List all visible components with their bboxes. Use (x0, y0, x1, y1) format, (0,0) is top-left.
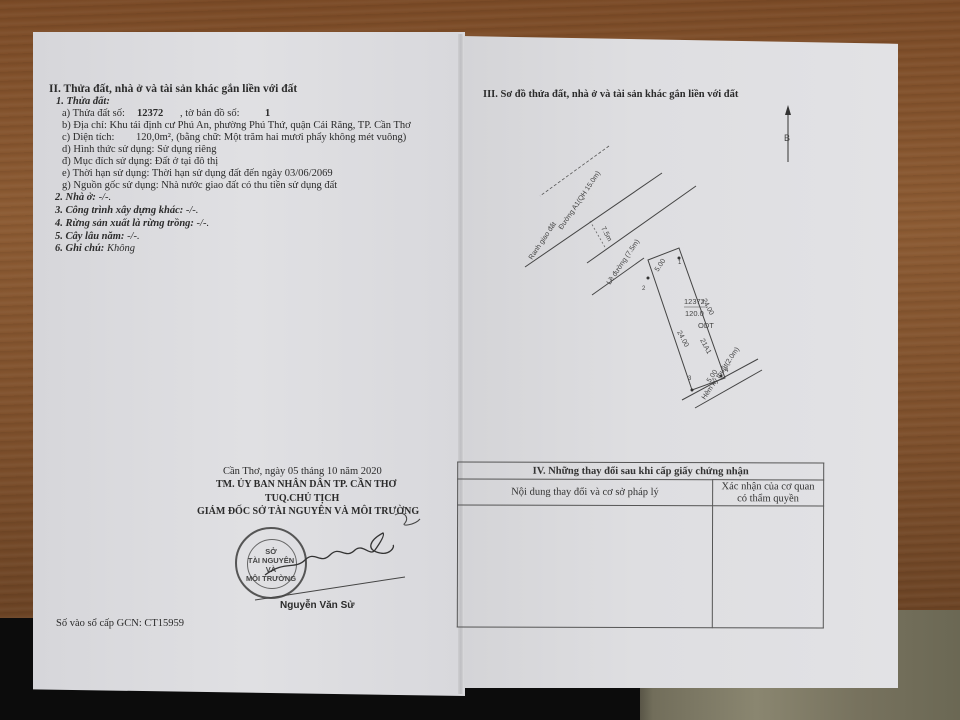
item-perennial: 5. Cây lâu năm: -/-. (55, 231, 140, 243)
changes-col-confirmation: Xác nhận của cơ quan có thẩm quyền (712, 480, 823, 506)
item-other-construction: 3. Công trình xây dựng khác: -/-. (55, 205, 198, 217)
handwritten-signature (245, 505, 425, 605)
svg-text:1: 1 (678, 260, 682, 266)
item-house: 2. Nhà ở: -/-. (55, 192, 111, 204)
svg-text:12372: 12372 (684, 297, 705, 306)
org-line: TM. ỦY BAN NHÂN DÂN TP. CẦN THƠ (216, 479, 396, 491)
svg-text:4: 4 (725, 368, 729, 374)
map-sheet-label: , tờ bản đồ số: (180, 108, 240, 120)
svg-text:2: 2 (642, 286, 646, 292)
date-line: Cần Thơ, ngày 05 tháng 10 năm 2020 (223, 466, 382, 478)
parcel-number: 12372 (137, 108, 163, 120)
area-value: 120,0m², (bằng chữ: Một trăm hai mươi ph… (136, 132, 406, 144)
svg-text:B: B (784, 133, 790, 143)
north-arrow-icon: B (784, 105, 791, 162)
svg-text:21A1: 21A1 (698, 338, 712, 356)
changes-content-cell (457, 505, 712, 628)
svg-text:7.5m: 7.5m (599, 226, 613, 243)
usage-form: d) Hình thức sử dụng: Sử dụng riêng (62, 144, 216, 156)
usage-purpose: đ) Mục đích sử dụng: Đất ở tại đô thị (62, 156, 218, 168)
item-notes: 6. Ghi chú: Không (55, 243, 135, 255)
map-sheet-number: 1 (265, 108, 270, 120)
svg-text:ODT: ODT (698, 321, 714, 330)
signer-name: Nguyễn Văn Sử (280, 600, 354, 612)
usage-term: e) Thời hạn sử dụng: Thời hạn sử dụng đấ… (62, 168, 333, 180)
svg-text:Lề đường (7.5m): Lề đường (7.5m) (604, 237, 641, 286)
usage-origin: g) Nguồn gốc sử dụng: Nhà nước giao đất … (62, 180, 337, 192)
land-heading: 1. Thửa đất: (56, 96, 110, 108)
svg-text:120.0: 120.0 (685, 309, 704, 318)
area-label: c) Diện tích: (62, 132, 114, 144)
svg-text:3: 3 (688, 376, 692, 382)
changes-col-content: Nội dung thay đổi và cơ sở pháp lý (458, 479, 713, 506)
changes-confirmation-cell (712, 506, 824, 628)
svg-text:Đường A1(QH 15.0m): Đường A1(QH 15.0m) (558, 170, 602, 231)
parcel-sketch: B Đường A1(QH 15.0m) Ranh giao đất 7.5m … (462, 100, 842, 420)
registry-number: Số vào sổ cấp GCN: CT15959 (56, 618, 184, 630)
address: b) Địa chỉ: Khu tái định cư Phú An, phườ… (62, 120, 411, 132)
changes-table: IV. Những thay đổi sau khi cấp giấy chứn… (457, 462, 824, 629)
svg-text:5.00: 5.00 (654, 258, 667, 273)
item-forest: 4. Rừng sản xuất là rừng trồng: -/-. (55, 218, 209, 230)
section-ii-title: II. Thửa đất, nhà ở và tài sản khác gắn … (49, 83, 297, 95)
parcel-label: a) Thửa đất số: (62, 108, 125, 120)
changes-table-title: IV. Những thay đổi sau khi cấp giấy chứn… (458, 462, 824, 480)
role-line: TUQ.CHỦ TỊCH (265, 493, 339, 505)
